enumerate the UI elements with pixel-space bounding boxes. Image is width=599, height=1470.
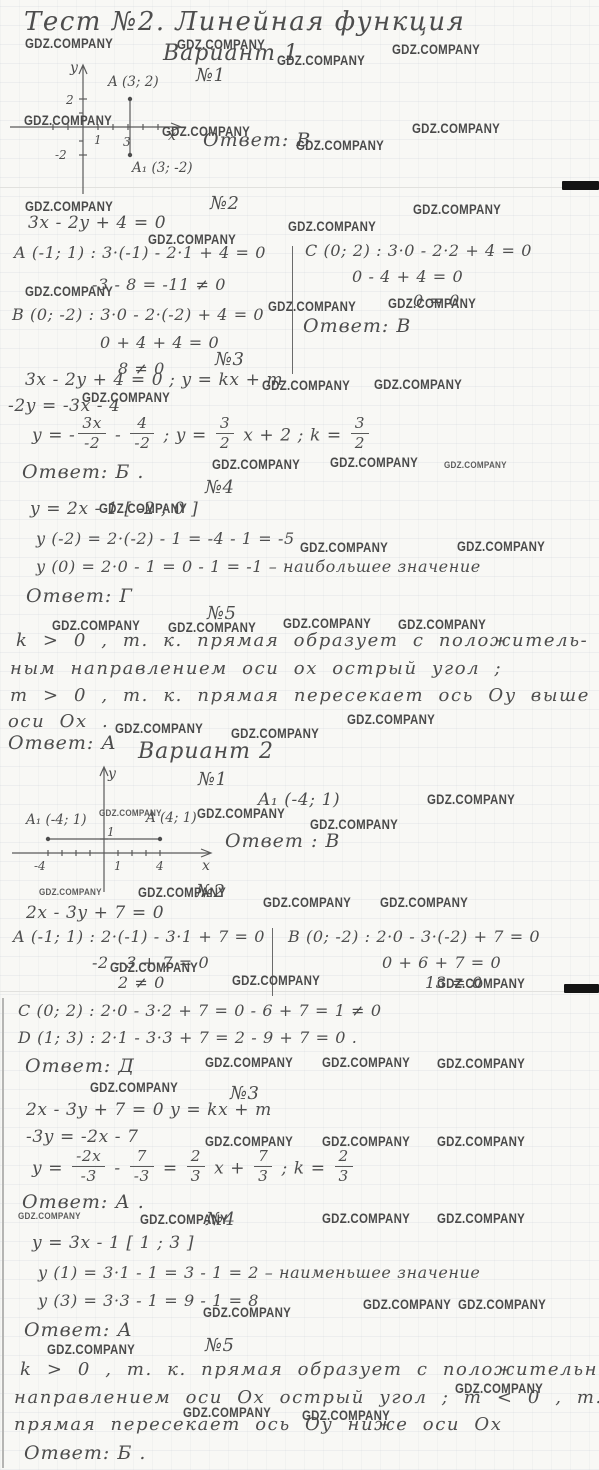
math-token: - [109, 426, 127, 446]
math-token: - [108, 1159, 126, 1179]
answer-line: Ответ: Г [26, 586, 133, 607]
check-line: y (0) = 2·0 - 1 = 0 - 1 = -1 – наибольше… [36, 558, 481, 576]
gdz-watermark: GDZ.COMPANY [363, 1297, 451, 1312]
answer-line: Ответ: Д [25, 1056, 135, 1077]
equation-line: 3x - 2y + 4 = 0 ; y = kx + m [25, 371, 283, 390]
point-a1-label: A₁ (3; -2) [130, 160, 193, 176]
fraction: -2x-3 [72, 1148, 105, 1184]
problem-number: №4 [206, 1210, 236, 1230]
equation-line: y = -3x-2 - 4-2 ; y = 32 x + 2 ; k = 32 [32, 418, 372, 454]
fraction: 4-2 [130, 415, 154, 451]
fraction-numerator: 3 [351, 415, 369, 434]
gdz-watermark: GDZ.COMPANY [380, 895, 468, 910]
fraction-denominator: -3 [130, 1167, 154, 1185]
gdz-watermark: GDZ.COMPANY [99, 808, 162, 819]
math-token: x + [208, 1159, 251, 1179]
equation-line: y = 2x - 1 [ -2 ; 0 ] [30, 500, 198, 519]
fraction: 73 [254, 1148, 272, 1184]
math-token: ; k = [275, 1159, 331, 1179]
explanation-line: m > 0 , т. к. прямая пересекает ось Oy в… [10, 686, 590, 706]
tick-label: 1 [114, 859, 122, 873]
check-line: 0 + 4 + 4 = 0 [100, 334, 219, 352]
fraction-denominator: -3 [72, 1167, 105, 1185]
math-token: x + 2 ; k = [237, 426, 348, 446]
fraction-numerator: -2x [72, 1148, 105, 1167]
tick-label: 4 [155, 859, 164, 873]
coordinate-plot-variant2: y x 1 -4 1 4 A₁ (-4; 1) A (4; 1) [8, 762, 223, 897]
gdz-watermark: GDZ.COMPANY [322, 1055, 410, 1070]
gdz-watermark: GDZ.COMPANY [25, 199, 113, 214]
check-line: D (1; 3) : 2·1 - 3·3 + 7 = 2 - 9 + 7 = 0… [18, 1029, 357, 1047]
fraction: 32 [216, 415, 234, 451]
tick-label: -4 [34, 859, 46, 873]
answer-line: Ответ: А [8, 733, 117, 754]
answer-line: Ответ: В [303, 316, 411, 337]
point-note: A₁ (-4; 1) [258, 791, 340, 810]
gdz-watermark: GDZ.COMPANY [347, 712, 435, 727]
gdz-watermark: GDZ.COMPANY [115, 721, 203, 736]
tick-label: -2 [55, 148, 67, 162]
fraction-numerator: 3 [216, 415, 234, 434]
tick-label: 1 [94, 133, 102, 147]
explanation-line: k > 0 , т. к. прямая образует с положите… [20, 1360, 599, 1380]
fraction: 32 [351, 415, 369, 451]
problem-number: №1 [198, 770, 228, 790]
answer-line: Ответ: Б . [22, 462, 144, 483]
answer-line: Ответ: А . [22, 1192, 145, 1213]
answer-line: Ответ: В [203, 130, 311, 151]
fraction-denominator: 3 [335, 1167, 353, 1185]
fraction-denominator: 3 [187, 1167, 205, 1185]
fraction-denominator: 3 [254, 1167, 272, 1185]
tick-label: 3 [123, 135, 131, 149]
fraction: 23 [187, 1148, 205, 1184]
gdz-watermark: GDZ.COMPANY [205, 1134, 293, 1149]
gdz-watermark: GDZ.COMPANY [427, 792, 515, 807]
variant-1-heading: Вариант 1 [163, 42, 299, 66]
gdz-watermark: GDZ.COMPANY [392, 42, 480, 57]
check-line: y (-2) = 2·(-2) - 1 = -4 - 1 = -5 [36, 530, 295, 548]
test-title: Тест №2. Линейная функция [24, 8, 465, 37]
fraction: 3x-2 [78, 415, 106, 451]
check-line: C (0; 2) : 2·0 - 3·2 + 7 = 0 - 6 + 7 = 1… [18, 1002, 382, 1020]
check-line: y (1) = 3·1 - 1 = 3 - 1 = 2 – наименьшее… [38, 1264, 481, 1282]
check-line: 2 ≠ 0 [118, 974, 165, 992]
fraction-denominator: -2 [130, 434, 154, 452]
fraction: 7-3 [130, 1148, 154, 1184]
scan-artifact-bar [564, 984, 599, 993]
point-a-label: A (3; 2) [106, 74, 159, 90]
gdz-watermark: GDZ.COMPANY [288, 219, 376, 234]
check-line: A (-1; 1) : 3·(-1) - 2·1 + 4 = 0 [14, 244, 266, 262]
answer-line: Ответ : В [225, 831, 340, 852]
gdz-watermark: GDZ.COMPANY [263, 895, 351, 910]
fraction-numerator: 7 [254, 1148, 272, 1167]
fraction-numerator: 2 [187, 1148, 205, 1167]
answer-line: Ответ: А [24, 1320, 133, 1341]
equation-line: 2x - 3y + 7 = 0 [26, 904, 164, 923]
check-line: 0 + 6 + 7 = 0 [382, 954, 501, 972]
y-axis-label: y [69, 60, 79, 76]
explanation-line: k > 0 , т. к. прямая образует с положите… [16, 631, 588, 651]
gdz-watermark: GDZ.COMPANY [205, 1055, 293, 1070]
point-a1-label: A₁ (-4; 1) [24, 812, 87, 828]
gdz-watermark: GDZ.COMPANY [39, 887, 102, 898]
problem-number: №1 [196, 66, 226, 86]
point-a1-dot [128, 153, 132, 157]
check-line: 13 ≠ 0 [425, 974, 483, 992]
x-axis-label: x [202, 858, 210, 874]
check-line: -2 - 3 + 7 = 0 [92, 954, 209, 972]
check-line: B (0; -2) : 2·0 - 3·(-2) + 7 = 0 [288, 928, 540, 946]
gdz-watermark: GDZ.COMPANY [47, 1342, 135, 1357]
problem-number: №4 [205, 478, 235, 498]
point-a-dot [128, 97, 132, 101]
tick-label: 1 [107, 825, 115, 839]
point-a1-dot [46, 837, 50, 841]
check-line: -3 - 8 = -11 ≠ 0 [92, 276, 226, 294]
gdz-watermark: GDZ.COMPANY [413, 202, 501, 217]
check-line: y (3) = 3·3 - 1 = 9 - 1 = 8 [38, 1292, 259, 1310]
page-seam [0, 991, 599, 992]
equation-line: -2y = -3x - 4 [8, 397, 121, 416]
scan-artifact-bar [562, 181, 599, 190]
gdz-watermark: GDZ.COMPANY [90, 1080, 178, 1095]
answer-line: Ответ: Б . [24, 1443, 146, 1464]
equation-line: -3y = -2x - 7 [26, 1128, 139, 1147]
equation-line: y = 3x - 1 [ 1 ; 3 ] [32, 1234, 194, 1253]
fraction-denominator: 2 [216, 434, 234, 452]
math-token: y = [32, 1159, 69, 1179]
fraction-denominator: -2 [78, 434, 106, 452]
fraction: 23 [335, 1148, 353, 1184]
problem-number: №5 [207, 604, 237, 624]
check-line: 0 = 0 [413, 292, 460, 310]
fraction-numerator: 7 [130, 1148, 154, 1167]
equation-line: 3x - 2y + 4 = 0 [28, 214, 166, 233]
gdz-watermark: GDZ.COMPANY [458, 1297, 546, 1312]
y-axis-label: y [107, 766, 117, 782]
gdz-watermark: GDZ.COMPANY [412, 121, 500, 136]
math-token: y = - [32, 426, 75, 446]
gdz-watermark: GDZ.COMPANY [437, 1056, 525, 1071]
page-edge-line [2, 998, 4, 1468]
gdz-watermark: GDZ.COMPANY [322, 1134, 410, 1149]
fraction-numerator: 2 [335, 1148, 353, 1167]
gdz-watermark: GDZ.COMPANY [25, 36, 113, 51]
gdz-watermark: GDZ.COMPANY [437, 1211, 525, 1226]
explanation-line: направлением оси Ox острый угол ; m < 0 … [14, 1388, 599, 1408]
explanation-line: ным направлением оси ox острый угол ; [10, 659, 502, 679]
scanned-homework-page: { "watermark": { "text": "GDZ.COMPANY" }… [0, 0, 599, 1470]
gdz-watermark: GDZ.COMPANY [444, 460, 507, 471]
check-line: B (0; -2) : 3·0 - 2·(-2) + 4 = 0 [12, 306, 264, 324]
check-line: C (0; 2) : 3·0 - 2·2 + 4 = 0 [305, 242, 532, 260]
point-a-dot [158, 837, 162, 841]
gdz-watermark: GDZ.COMPANY [283, 616, 371, 631]
explanation-line: прямая пересекает ось Oy ниже оси Ox [14, 1415, 503, 1435]
gdz-watermark: GDZ.COMPANY [268, 299, 356, 314]
equation-line: 2x - 3y + 7 = 0 y = kx + m [26, 1101, 272, 1120]
gdz-watermark: GDZ.COMPANY [300, 540, 388, 555]
gdz-watermark: GDZ.COMPANY [330, 455, 418, 470]
gdz-watermark: GDZ.COMPANY [457, 539, 545, 554]
gdz-watermark: GDZ.COMPANY [374, 377, 462, 392]
check-line: A (-1; 1) : 2·(-1) - 3·1 + 7 = 0 [13, 928, 265, 946]
gdz-watermark: GDZ.COMPANY [232, 973, 320, 988]
gdz-watermark: GDZ.COMPANY [212, 457, 300, 472]
variant-2-heading: Вариант 2 [138, 740, 274, 764]
problem-number: №3 [215, 350, 245, 370]
gdz-watermark: GDZ.COMPANY [24, 113, 112, 128]
fraction-numerator: 3x [78, 415, 106, 434]
explanation-line: оси Ox . [8, 712, 109, 732]
math-token: = [157, 1159, 184, 1179]
gdz-watermark: GDZ.COMPANY [322, 1211, 410, 1226]
problem-number: №5 [205, 1336, 235, 1356]
math-token: ; y = [157, 426, 212, 446]
gdz-watermark: GDZ.COMPANY [437, 1134, 525, 1149]
problem-number: №2 [196, 882, 226, 902]
fraction-numerator: 4 [130, 415, 154, 434]
check-line: 0 - 4 + 4 = 0 [352, 268, 463, 286]
equation-line: y = -2x-3 - 7-3 = 23 x + 73 ; k = 23 [32, 1151, 356, 1187]
fraction-denominator: 2 [351, 434, 369, 452]
tick-label: 2 [65, 93, 74, 107]
problem-number: №2 [210, 194, 240, 214]
